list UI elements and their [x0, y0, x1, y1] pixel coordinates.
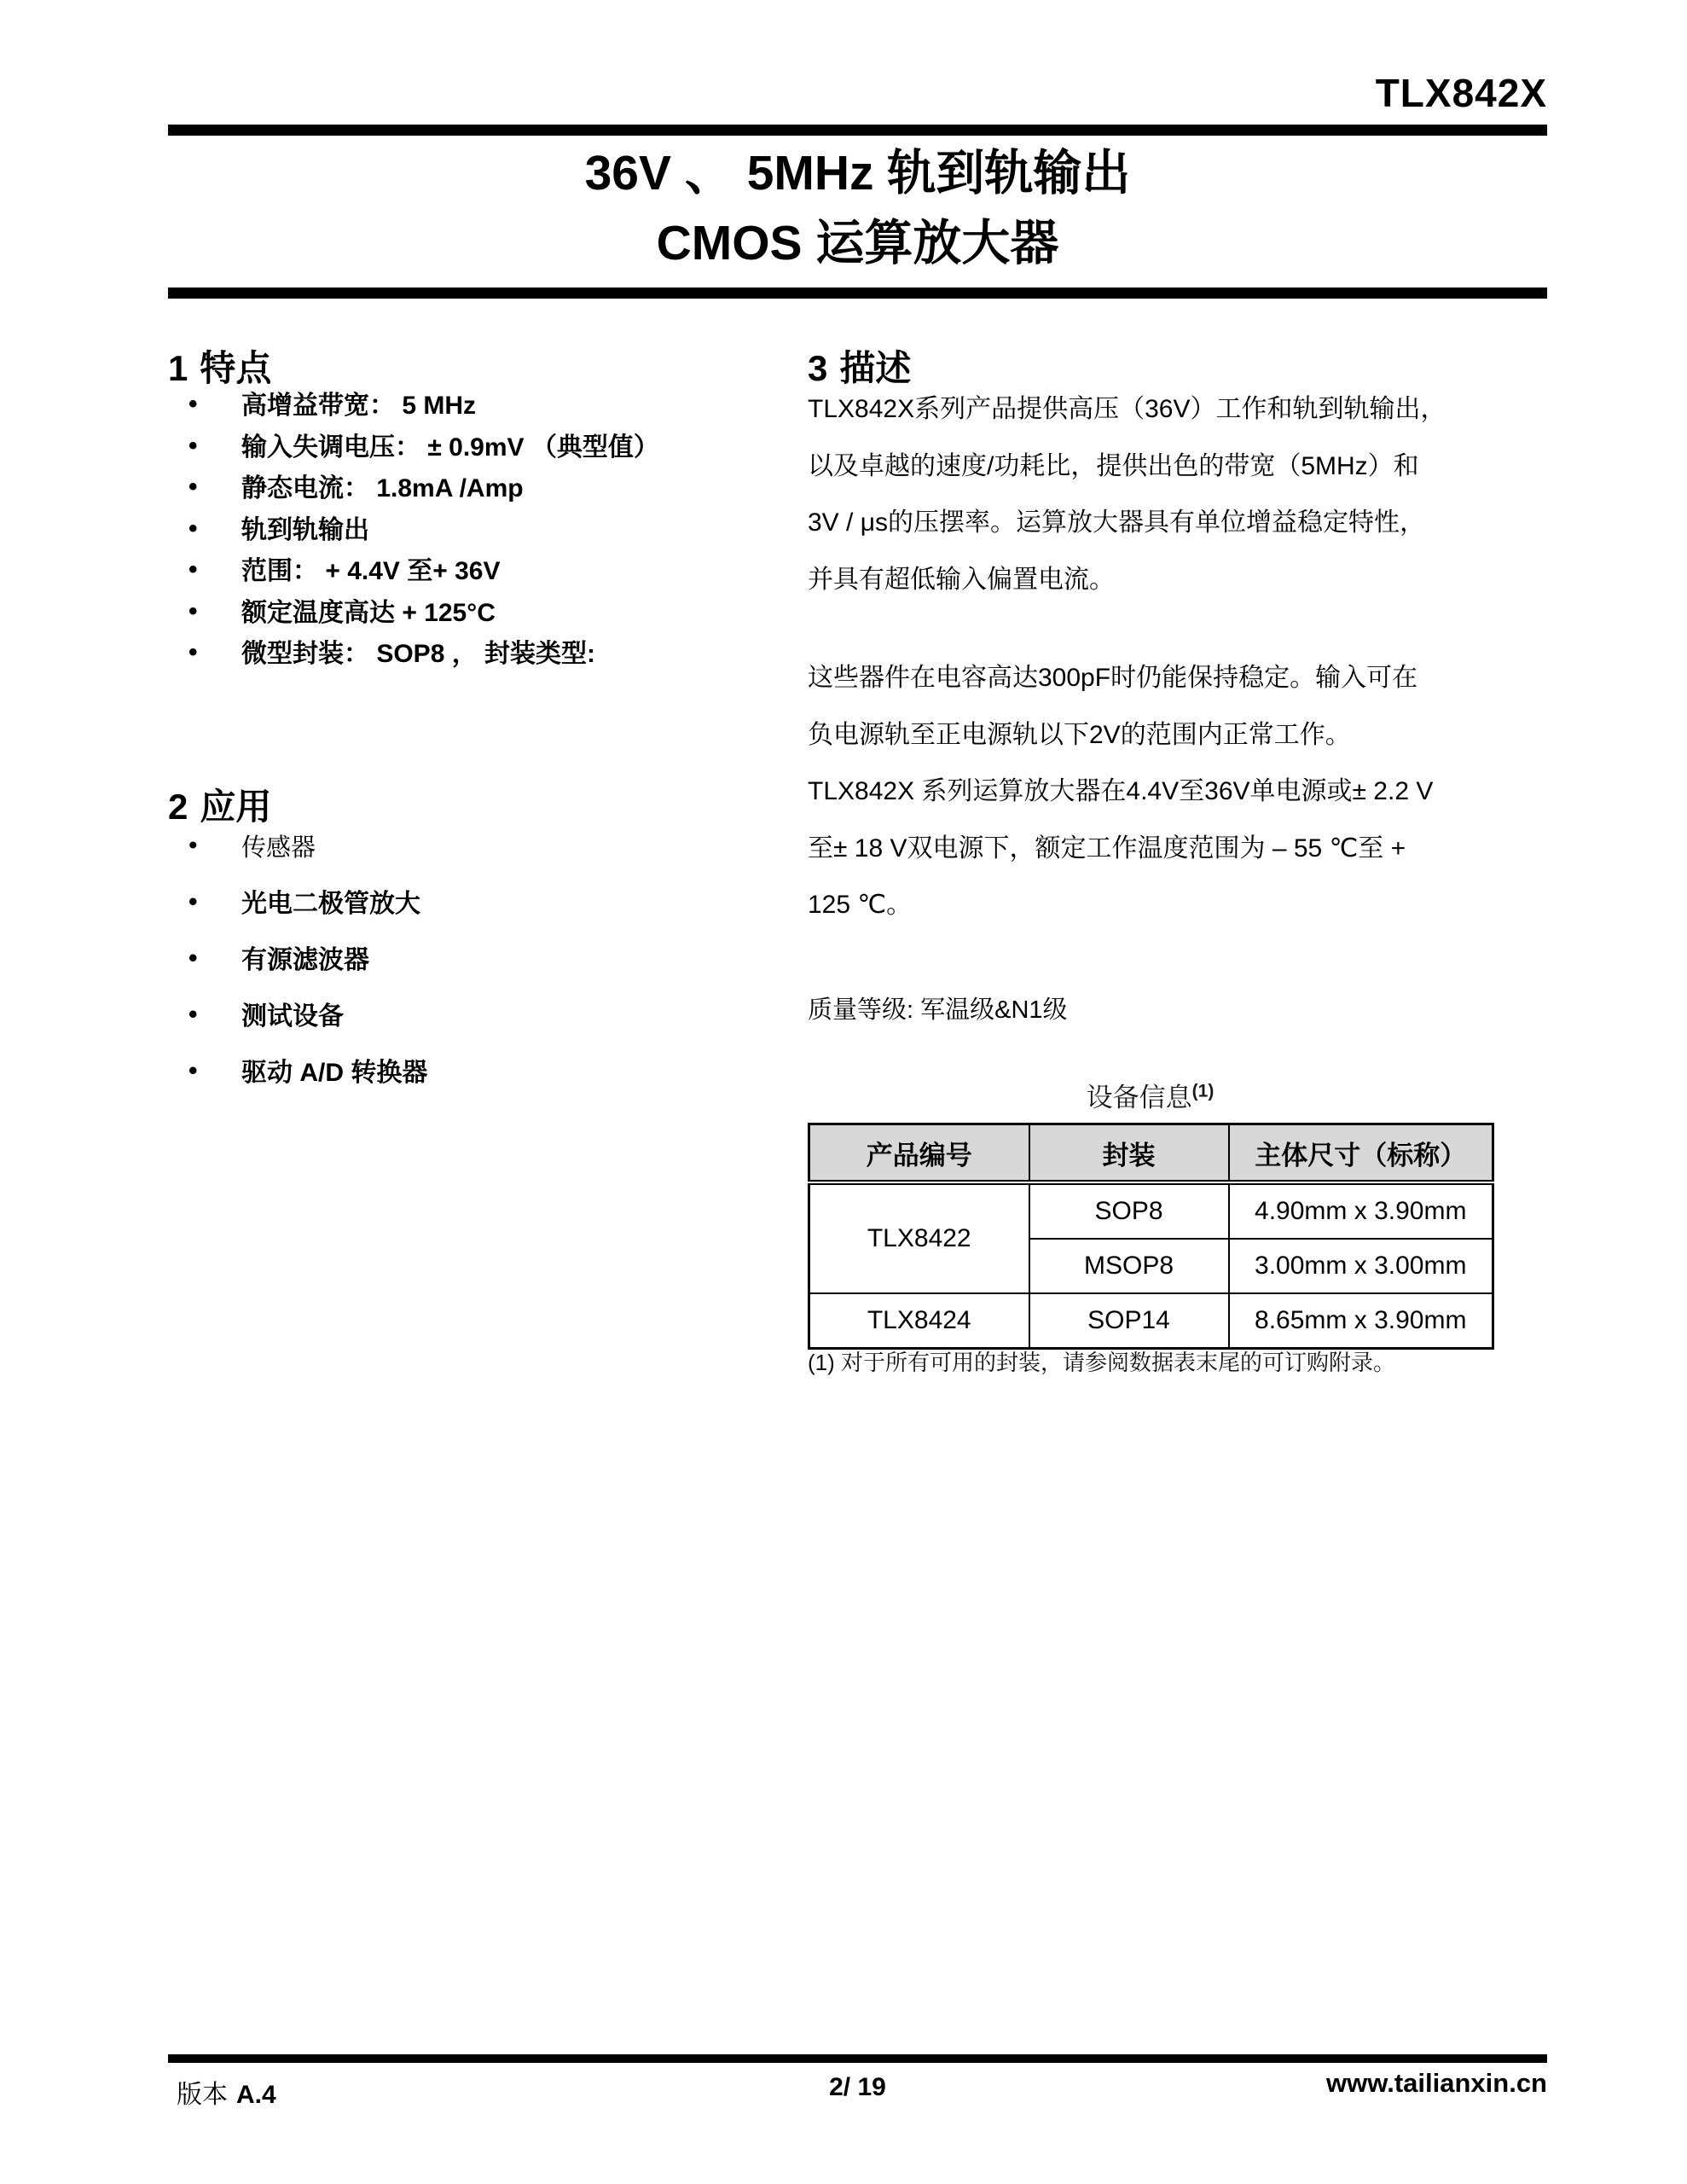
- bullet-icon: •: [188, 384, 198, 426]
- list-item: •范围： + 4.4V 至+ 36V: [168, 551, 659, 593]
- feature-text: 范围： + 4.4V 至+ 36V: [241, 557, 500, 585]
- footer-website: www.tailianxin.cn: [1326, 2068, 1547, 2099]
- list-item: •额定温度高达 + 125°C: [168, 593, 659, 635]
- feature-text: 额定温度高达 + 125°C: [241, 599, 496, 627]
- bullet-icon: •: [188, 426, 198, 468]
- application-text: 驱动 A/D 转换器: [241, 1059, 427, 1087]
- section-features-heading: 1特点: [168, 348, 271, 389]
- quality-grade-note: 质量等级: 军温级&N1级: [808, 993, 1068, 1027]
- list-item: •微型封装： SOP8 ， 封装类型:: [168, 634, 659, 676]
- table-row: TLX8424 SOP14 8.65mm x 3.90mm: [809, 1293, 1493, 1349]
- description-paragraph-2: 这些器件在电容高达300pF时仍能保持稳定。输入可在 负电源轨至正电源轨以下2V…: [808, 650, 1503, 934]
- list-item: •静态电流： 1.8mA /Amp: [168, 468, 659, 510]
- bullet-icon: •: [188, 874, 198, 930]
- description-paragraph-1: TLX842X系列产品提供高压（36V）工作和轨到轨输出， 以及卓越的速度/功耗…: [808, 381, 1503, 608]
- table-header-size: 主体尺寸（标称）: [1229, 1124, 1493, 1183]
- footnote-marker: (1): [1192, 1082, 1215, 1101]
- document-id: TLX842X: [1376, 70, 1547, 116]
- application-text: 有源滤波器: [241, 946, 369, 974]
- size-cell: 8.65mm x 3.90mm: [1229, 1293, 1493, 1349]
- header-rule-top: [168, 125, 1547, 136]
- package-cell: SOP8: [1029, 1182, 1229, 1239]
- size-cell: 4.90mm x 3.90mm: [1229, 1182, 1493, 1239]
- table-header-row: 产品编号 封装 主体尺寸（标称）: [809, 1124, 1493, 1183]
- package-cell: SOP14: [1029, 1293, 1229, 1349]
- list-item: •输入失调电压： ± 0.9mV （典型值）: [168, 427, 659, 469]
- bullet-icon: •: [188, 591, 198, 633]
- table-header-package: 封装: [1029, 1124, 1229, 1183]
- application-text: 传感器: [241, 834, 316, 862]
- footer: 版本A.4 2/ 19 www.tailianxin.cn: [168, 2073, 1547, 2111]
- list-item: •传感器: [168, 820, 427, 876]
- table-row: TLX8422 SOP8 4.90mm x 3.90mm: [809, 1182, 1493, 1239]
- feature-text: 输入失调电压： ± 0.9mV （典型值）: [241, 433, 659, 462]
- part-number-cell: TLX8424: [809, 1293, 1029, 1349]
- bullet-icon: •: [188, 817, 198, 874]
- device-info-title: 设备信息(1): [808, 1080, 1493, 1116]
- application-text: 光电二极管放大: [241, 890, 420, 918]
- part-number-cell: TLX8422: [809, 1182, 1029, 1293]
- feature-text: 微型封装： SOP8 ， 封装类型:: [241, 640, 595, 668]
- header-rule-bottom: [168, 288, 1547, 299]
- page-title-line2: CMOS 运算放大器: [168, 213, 1547, 273]
- bullet-icon: •: [188, 508, 198, 550]
- bullet-icon: •: [188, 549, 198, 591]
- list-item: •轨到轨输出: [168, 510, 659, 552]
- feature-text: 轨到轨输出: [241, 516, 369, 544]
- table-footnote: (1) 对于所有可用的封装，请参阅数据表末尾的可订购附录。: [808, 1348, 1395, 1377]
- bullet-icon: •: [188, 930, 198, 986]
- list-item: •驱动 A/D 转换器: [168, 1045, 427, 1101]
- list-item: •测试设备: [168, 989, 427, 1045]
- bullet-icon: •: [188, 467, 198, 508]
- bullet-icon: •: [188, 986, 198, 1043]
- device-info-title-text: 设备信息: [1087, 1083, 1192, 1112]
- features-list: •高增益带宽： 5 MHz •输入失调电压： ± 0.9mV （典型值） •静态…: [168, 386, 659, 676]
- list-item: •高增益带宽： 5 MHz: [168, 386, 659, 427]
- device-info-table: 产品编号 封装 主体尺寸（标称） TLX8422 SOP8 4.90mm x 3…: [808, 1123, 1494, 1350]
- list-item: •有源滤波器: [168, 932, 427, 989]
- feature-text: 高增益带宽： 5 MHz: [241, 392, 476, 420]
- list-item: •光电二极管放大: [168, 876, 427, 932]
- page-title-line1: 36V 、 5MHz 轨到轨输出: [168, 143, 1547, 203]
- size-cell: 3.00mm x 3.00mm: [1229, 1239, 1493, 1293]
- section-label: 特点: [200, 348, 271, 388]
- bullet-icon: •: [188, 632, 198, 674]
- application-text: 测试设备: [241, 1002, 344, 1031]
- bullet-icon: •: [188, 1043, 198, 1099]
- package-cell: MSOP8: [1029, 1239, 1229, 1293]
- footer-rule: [168, 2054, 1547, 2063]
- feature-text: 静态电流： 1.8mA /Amp: [241, 474, 524, 502]
- applications-list: •传感器 •光电二极管放大 •有源滤波器 •测试设备 •驱动 A/D 转换器: [168, 820, 427, 1101]
- section-number: 1: [168, 348, 188, 388]
- table-header-part: 产品编号: [809, 1124, 1029, 1183]
